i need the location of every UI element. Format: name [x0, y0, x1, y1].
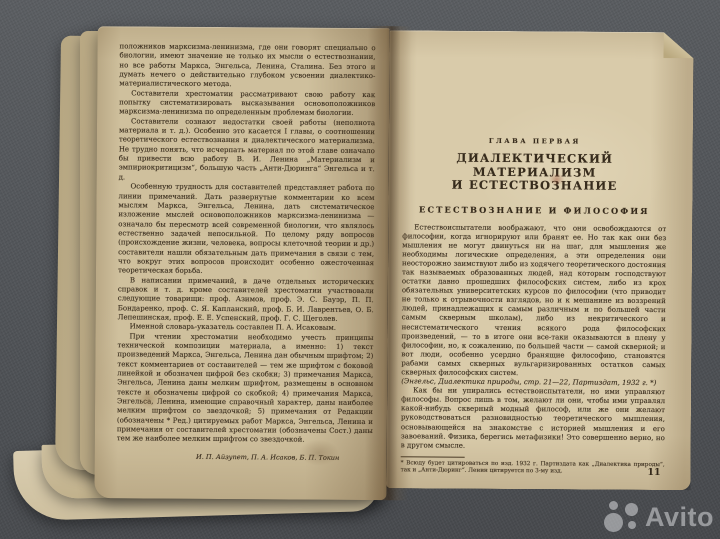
chapter-label: ГЛАВА ПЕРВАЯ	[403, 136, 667, 146]
paragraph: положников марксизма-ленинизма, где они …	[119, 42, 375, 91]
page-number: 11	[647, 467, 660, 478]
paragraph: Составители сознают недостатки своей раб…	[119, 117, 375, 184]
footnote: * Всюду будет цитироваться по изд. 1932 …	[401, 460, 665, 477]
book-photo: положников марксизма-ленинизма, где они …	[0, 0, 720, 539]
section-heading: ЕСТЕСТВОЗНАНИЕ И ФИЛОСОФИЯ	[402, 204, 666, 216]
chapter-title-line2: И ЕСТЕСТВОЗНАНИЕ	[452, 178, 618, 193]
left-page-text: положников марксизма-ленинизма, где они …	[117, 42, 376, 463]
avito-logo-icon	[604, 501, 640, 533]
paragraph: Как бы ни упирались естествоиспытатели, …	[401, 386, 665, 451]
left-page: положников марксизма-ленинизма, где они …	[94, 26, 389, 500]
avito-watermark: Avito	[604, 501, 714, 533]
open-book: положников марксизма-ленинизма, где они …	[0, 0, 720, 539]
logo-dot	[609, 501, 618, 510]
logo-dot	[604, 513, 623, 532]
body-text: Естествоиспытатели воображают, что они о…	[401, 223, 667, 452]
footnote-rule	[401, 456, 465, 457]
logo-dot	[625, 503, 638, 516]
logo-dot	[628, 521, 636, 529]
chapter-title-line1: ДИАЛЕКТИЧЕСКИЙ МАТЕРИАЛИЗМ	[456, 151, 613, 179]
paragraph: При чтении хрестоматии необходимо учесть…	[117, 332, 374, 446]
paragraph: Составители хрестоматии рассматривают св…	[119, 89, 375, 119]
right-page-text: ГЛАВА ПЕРВАЯ ДИАЛЕКТИЧЕСКИЙ МАТЕРИАЛИЗМ …	[401, 30, 668, 476]
right-page: ГЛАВА ПЕРВАЯ ДИАЛЕКТИЧЕСКИЙ МАТЕРИАЛИЗМ …	[386, 30, 693, 490]
compilers-signature: И. П. Айзупет, П. А. Исаков, Б. П. Токин	[117, 452, 373, 463]
paragraph: Особенную трудность для составителей пре…	[118, 182, 375, 277]
watermark-text: Avito	[645, 502, 714, 533]
paragraph: В написании примечаний, в даче отдельных…	[118, 276, 374, 325]
paragraph: Естествоиспытатели воображают, что они о…	[401, 223, 666, 379]
chapter-title: ДИАЛЕКТИЧЕСКИЙ МАТЕРИАЛИЗМ И ЕСТЕСТВОЗНА…	[403, 151, 667, 193]
dog-ear-corner	[663, 32, 693, 58]
